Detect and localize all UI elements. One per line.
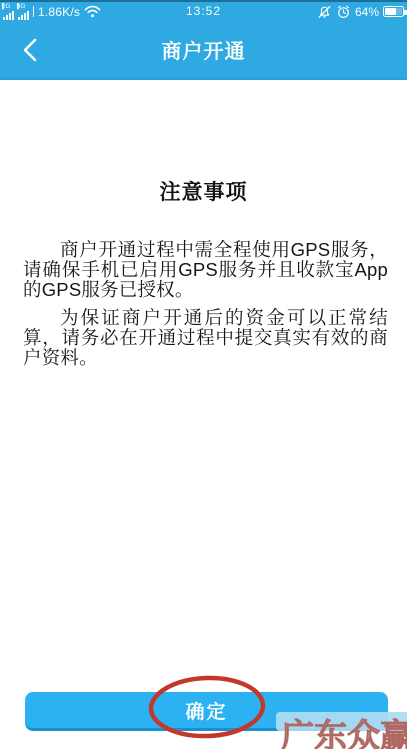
signal-4g-label: 4G [17,3,19,9]
notice-title: 注意事项 [0,176,407,206]
alarm-clock-icon [336,5,351,19]
battery-icon [383,6,404,17]
page-title: 商户开通 [162,35,246,64]
app-screen: 2G 4G 1.86K/s 13:52 [0,0,407,749]
notice-content: 注意事项 商户开通过程中需全程使用GPS服务，请确保手机已启用GPS服务并且收款… [0,80,407,376]
status-left-group: 2G 4G 1.86K/s [3,3,101,20]
nav-bar: 商户开通 [0,21,407,78]
signal-4g-icon: 4G [18,3,29,20]
status-separator [33,6,34,17]
status-bar: 2G 4G 1.86K/s 13:52 [0,2,407,21]
notice-paragraph-settlement: 为保证商户开通后的资金可以正常结算，请务必在开通过程中提交真实有效的商户资料。 [23,308,388,368]
back-button[interactable] [10,21,50,78]
chevron-left-icon [23,38,37,62]
wifi-icon [84,5,101,18]
notice-paragraph-gps: 商户开通过程中需全程使用GPS服务，请确保手机已启用GPS服务并且收款宝App的… [23,240,388,300]
watermark-text: 广东众赢 [281,710,407,749]
mute-icon [317,5,332,19]
signal-2g-icon: 2G [3,3,14,20]
status-time: 13:52 [186,4,221,18]
status-right-group: 64% [317,5,404,19]
network-speed: 1.86K/s [38,5,80,19]
top-blue-area: 2G 4G 1.86K/s 13:52 [0,0,407,80]
battery-percent: 64% [355,5,379,19]
signal-2g-label: 2G [2,3,4,9]
